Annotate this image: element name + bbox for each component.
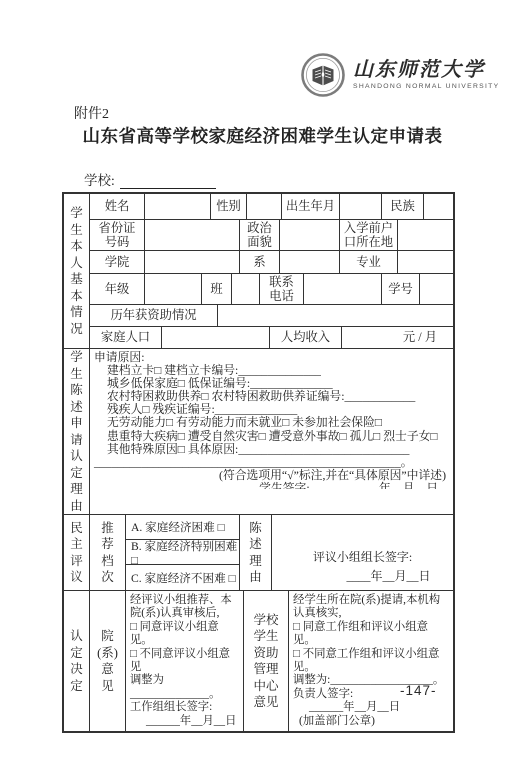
aid-history-field [218,305,453,326]
application-table: 学 生 本 人 基 本 情 况 姓名 性别 出生年月 民族 省份证 号码 政治 … [62,192,455,733]
statement-section-label: 学 生 陈 述 申 请 认 定 理 由 [64,349,90,514]
logo-text: 山东师范大学 SHANDONG NORMAL UNIVERSITY [353,60,499,90]
decision-center-label: 学校 学生 资助 管理 中心 意见 [244,591,289,731]
form-page: 山东师范大学 SHANDONG NORMAL UNIVERSITY 附件2 山东… [0,0,525,768]
college-label: 学院 [90,251,145,273]
school-line: 学校: [84,169,216,189]
statement-content: 申请原因: 建档立卡□ 建档立卡编号:______________ 城乡低保家庭… [90,349,453,489]
aid-history-label: 历年获资助情况 [90,305,218,326]
form-title: 山东省高等学校家庭经济困难学生认定申请表 [0,123,525,148]
ethnicity-label: 民族 [382,194,424,219]
politics-label: 政治 面貌 [240,220,280,250]
statement-note: (符合选项用“√”标注,并在“具体原因”中详述) [94,469,448,482]
basic-section-label: 学 生 本 人 基 本 情 况 [64,194,90,348]
center-sign-date: ______年__月__日 [293,701,449,714]
major-label: 专业 [340,251,398,273]
student-id-label: 学号 [382,274,420,304]
gender-field [247,194,282,219]
major-field [398,251,453,273]
review-reason-label: 陈 述 理 由 [240,515,272,590]
student-signature-date: ______年__月__日 [344,482,438,489]
university-logo: 山东师范大学 SHANDONG NORMAL UNIVERSITY [300,52,499,98]
family-size-field [162,327,270,348]
grade-label: 年级 [90,274,145,304]
phone-field [304,274,382,304]
logo-cn-text: 山东师范大学 [353,60,499,81]
ethnicity-field [424,194,453,219]
section-statement: 学 生 陈 述 申 请 认 定 理 由 申请原因: 建档立卡□ 建档立卡编号:_… [64,348,453,514]
review-leader-sign-date: ____年__月__日 [278,567,447,584]
statement-line: 其他特殊原因□ 具体原因:___________________________… [94,443,448,456]
decision-section-label: 认 定 决 定 [64,591,90,731]
residence-label: 入学前户 口所在地 [340,220,398,250]
student-signature-label: 学生签字: [259,482,309,489]
review-option-a: A. 家庭经济困难 □ [126,515,239,540]
school-fill-line [120,175,216,189]
page-number: -147- [400,683,437,698]
table-row: 姓名 性别 出生年月 民族 [90,194,453,220]
politics-field [280,220,340,250]
dept-line: 经评议小组推荐、本院(系)认真审核后, [130,594,240,621]
table-row: 历年获资助情况 [90,305,453,327]
decision-dept-opinion: 经评议小组推荐、本院(系)认真审核后, □ 同意评议小组意见。 □ 不同意评议小… [126,591,244,731]
income-unit: 元 / 月 [342,327,453,348]
review-option-b: B. 家庭经济特别困难 □ [126,540,239,565]
basic-grid: 姓名 性别 出生年月 民族 省份证 号码 政治 面貌 入学前户 口所在地 [90,194,453,348]
attachment-label: 附件2 [74,103,109,123]
phone-label: 联系 电话 [260,274,304,304]
school-label: 学校: [84,173,115,188]
name-field [145,194,211,219]
statement-line: 患重特大疾病□ 遭受自然灾害□ 遭受意外事故□ 孤儿□ 烈士子女□ [94,430,448,443]
student-signature-row: 学生签字: ______年__月__日 [94,482,448,489]
decision-dept-label: 院 (系) 意 见 [90,591,126,731]
college-field [145,251,240,273]
table-row: 家庭人口 人均收入 元 / 月 [90,327,453,348]
dept-sign-date: ______年__月__日 [130,715,240,728]
center-line: □ 不同意工作组和评议小组意见。 [293,648,449,675]
logo-en-text: SHANDONG NORMAL UNIVERSITY [353,83,499,90]
dept-field [280,251,340,273]
section-basic-info: 学 生 本 人 基 本 情 况 姓名 性别 出生年月 民族 省份证 号码 政治 … [64,194,453,348]
gender-label: 性别 [211,194,247,219]
university-emblem-icon [300,52,346,98]
id-number-field [145,220,240,250]
grade-field [145,274,202,304]
dept-label: 系 [240,251,280,273]
section-decision: 认 定 决 定 院 (系) 意 见 经评议小组推荐、本院(系)认真审核后, □ … [64,590,453,731]
dept-line: 工作组组长签字: [130,701,240,714]
name-label: 姓名 [90,194,145,219]
review-leader-sign-label: 评议小组组长签字: [278,548,447,565]
family-size-label: 家庭人口 [90,327,162,348]
center-line: 经学生所在院(系)提请,本机构认真核实, [293,594,449,621]
dept-line: □ 同意评议小组意见。 [130,621,240,648]
review-options: A. 家庭经济困难 □ B. 家庭经济特别困难 □ C. 家庭经济不困难 □ [126,515,240,590]
decision-center-opinion: 经学生所在院(系)提请,本机构认真核实, □ 同意工作组和评议小组意见。 □ 不… [289,591,453,731]
birth-label: 出生年月 [282,194,340,219]
table-row: 省份证 号码 政治 面貌 入学前户 口所在地 [90,220,453,251]
id-number-label: 省份证 号码 [90,220,145,250]
review-section-label: 民 主 评 议 [64,515,90,590]
table-row: 年级 班 联系 电话 学号 [90,274,453,305]
statement-line: ________________________________________… [94,456,448,469]
birth-field [340,194,382,219]
class-label: 班 [202,274,232,304]
center-line: □ 同意工作组和评议小组意见。 [293,621,449,648]
dept-line: 调整为______________。 [130,674,240,701]
review-level-label: 推 荐 档 次 [90,515,126,590]
residence-field [398,220,453,250]
center-stamp-note: (加盖部门公章) [293,715,449,728]
review-signature-cell: 评议小组组长签字: ____年__月__日 [272,515,453,590]
statement-line: 无劳动能力□ 有劳动能力而未就业□ 未参加社会保险□ [94,416,448,429]
income-label: 人均收入 [270,327,342,348]
section-review: 民 主 评 议 推 荐 档 次 A. 家庭经济困难 □ B. 家庭经济特别困难 … [64,514,453,590]
review-option-c: C. 家庭经济不困难 □ [126,565,239,590]
dept-line: □ 不同意评议小组意见 [130,648,240,675]
class-field [232,274,260,304]
table-row: 学院 系 专业 [90,251,453,274]
student-id-field [420,274,453,304]
